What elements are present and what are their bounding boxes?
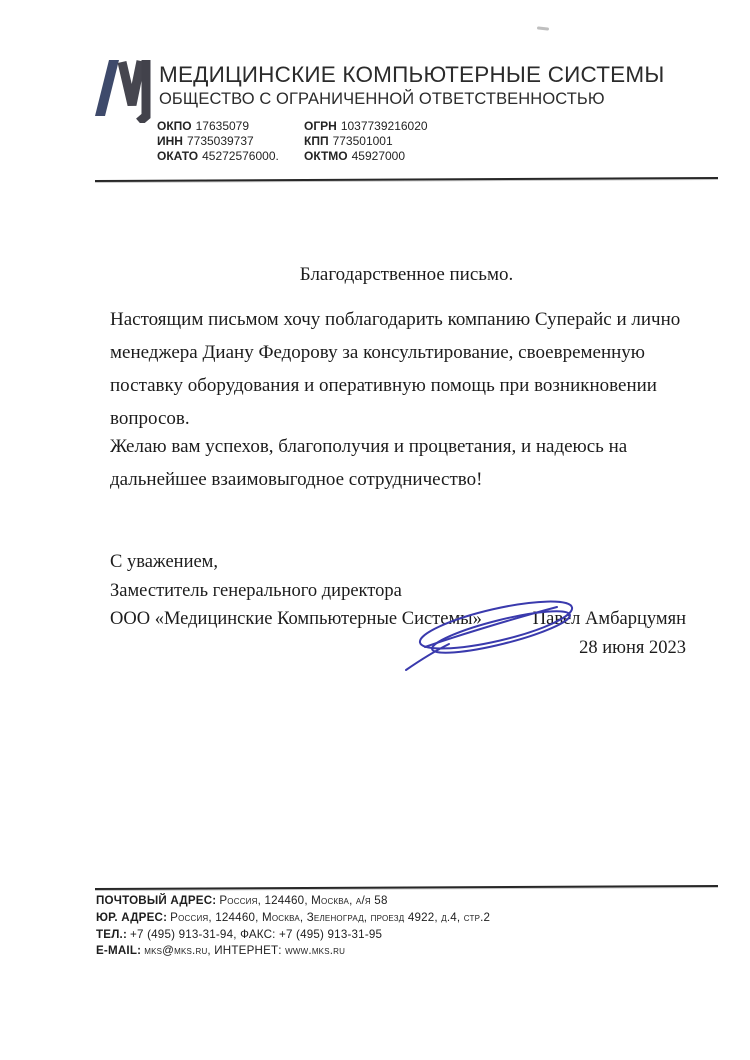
- reg-ogrn: ОГРН1037739216020: [304, 119, 428, 134]
- company-name: МЕДИЦИНСКИЕ КОМПЬЮТЕРНЫЕ СИСТЕМЫ: [159, 62, 664, 88]
- company-logo-m-icon: [91, 53, 157, 123]
- signer-name: Павел Амбарцумян: [533, 605, 686, 634]
- signer-block: Павел Амбарцумян 28 июня 2023: [533, 605, 686, 662]
- reg-okpo: ОКПО17635079: [157, 119, 279, 134]
- footer-divider: [95, 885, 718, 890]
- letter-date: 28 июня 2023: [533, 634, 686, 663]
- closing-company: ООО «Медицинские Компьютерные Системы»: [110, 605, 482, 634]
- header-divider: [95, 177, 718, 182]
- registration-numbers-left: ОКПО17635079 ИНН7735039737 ОКАТО45272576…: [157, 119, 279, 163]
- letter-paragraph-2: Желаю вам успехов, благополучия и процве…: [110, 430, 702, 496]
- footer-email-web: E-MAIL:mks@mks.ru, ИНТЕРНЕТ: www.mks.ru: [96, 943, 490, 960]
- reg-okato: ОКАТО45272576000.: [157, 149, 279, 164]
- reg-inn: ИНН7735039737: [157, 134, 279, 149]
- reg-oktmo: ОКТМО45927000: [304, 149, 428, 164]
- letter-paragraph-1: Настоящим письмом хочу поблагодарить ком…: [110, 303, 702, 435]
- company-legal-form: ОБЩЕСТВО С ОГРАНИЧЕННОЙ ОТВЕТСТВЕННОСТЬЮ: [159, 90, 605, 109]
- closing-block: С уважением, Заместитель генерального ди…: [110, 548, 482, 634]
- footer-legal-address: ЮР. АДРЕС:Россия, 124460, Москва, Зелено…: [96, 910, 490, 927]
- scanned-letter-page: МЕДИЦИНСКИЕ КОМПЬЮТЕРНЫЕ СИСТЕМЫ ОБЩЕСТВ…: [0, 0, 750, 1060]
- closing-salutation: С уважением,: [110, 548, 482, 577]
- reg-kpp: КПП773501001: [304, 134, 428, 149]
- footer-phone-fax: ТЕЛ.:+7 (495) 913-31-94, ФАКС: +7 (495) …: [96, 927, 490, 944]
- footer-postal-address: ПОЧТОВЫЙ АДРЕС:Россия, 124460, Москва, а…: [96, 893, 490, 910]
- footer-contact-block: ПОЧТОВЫЙ АДРЕС:Россия, 124460, Москва, а…: [96, 893, 490, 960]
- closing-position: Заместитель генерального директора: [110, 577, 482, 606]
- scan-artifact: [537, 26, 549, 30]
- registration-numbers-right: ОГРН1037739216020 КПП773501001 ОКТМО4592…: [304, 119, 428, 163]
- letter-title: Благодарственное письмо.: [95, 264, 718, 286]
